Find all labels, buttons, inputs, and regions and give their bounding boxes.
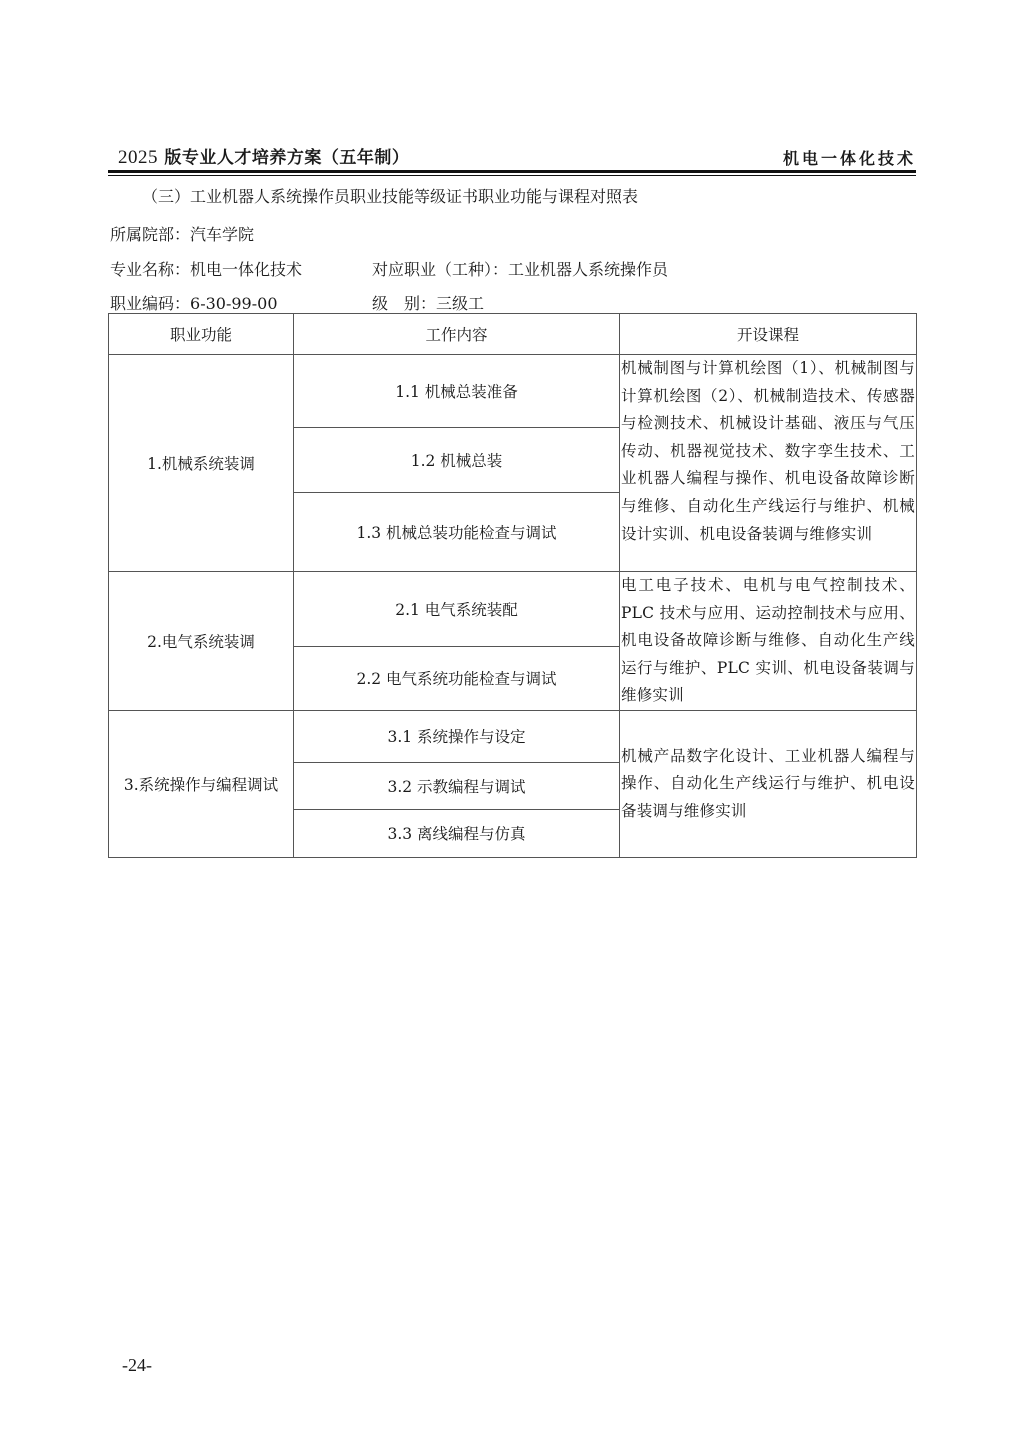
document-title-text: 版专业人才培养方案（五年制） <box>164 148 409 168</box>
table-row: 2.电气系统装调 2.1 电气系统装配 电工电子技术、电机与电气控制技术、PLC… <box>109 572 917 647</box>
meta-major-row: 专业名称：机电一体化技术 对应职业（工种）：工业机器人系统操作员 <box>110 257 302 280</box>
document-title: 2025 版专业人才培养方案（五年制） <box>118 143 409 169</box>
header-rule-thick <box>108 170 916 173</box>
table-caption: （三）工业机器人系统操作员职业技能等级证书职业功能与课程对照表 <box>142 184 638 207</box>
meta-department: 所属院部：汽车学院 <box>110 222 254 245</box>
major-value: 机电一体化技术 <box>190 260 302 279</box>
task-cell: 2.1 电气系统装配 <box>294 572 620 647</box>
header-courses: 开设课程 <box>620 314 917 355</box>
code-label: 职业编码： <box>110 294 190 313</box>
level-value: 三级工 <box>436 294 484 313</box>
function-cell: 2.电气系统装调 <box>109 572 294 711</box>
header-work-content: 工作内容 <box>294 314 620 355</box>
header-major: 机电一体化技术 <box>783 146 916 169</box>
function-cell: 3.系统操作与编程调试 <box>109 710 294 857</box>
table-header-row: 职业功能 工作内容 开设课程 <box>109 314 917 355</box>
meta-occupation: 对应职业（工种）：工业机器人系统操作员 <box>372 257 668 280</box>
meta-level: 级 别：三级工 <box>372 291 484 314</box>
header-rule-thin <box>108 175 916 176</box>
courses-cell: 电工电子技术、电机与电气控制技术、PLC 技术与应用、运动控制技术与应用、机电设… <box>620 572 917 711</box>
occupation-value: 工业机器人系统操作员 <box>508 260 668 279</box>
task-cell: 2.2 电气系统功能检查与调试 <box>294 646 620 710</box>
task-cell: 1.1 机械总装准备 <box>294 355 620 428</box>
courses-cell: 机械制图与计算机绘图（1）、机械制图与计算机绘图（2）、机械制造技术、传感器与检… <box>620 355 917 572</box>
document-year: 2025 <box>118 147 158 168</box>
function-course-table: 职业功能 工作内容 开设课程 1.机械系统装调 1.1 机械总装准备 机械制图与… <box>108 313 917 858</box>
level-label: 级 别： <box>372 294 436 313</box>
meta-code-row: 职业编码：6-30-99-00 级 别：三级工 <box>110 291 278 314</box>
code-value: 6-30-99-00 <box>190 294 277 313</box>
function-cell: 1.机械系统装调 <box>109 355 294 572</box>
running-header: 2025 版专业人才培养方案（五年制） 机电一体化技术 <box>118 143 916 169</box>
courses-cell: 机械产品数字化设计、工业机器人编程与操作、自动化生产线运行与维护、机电设备装调与… <box>620 710 917 857</box>
task-cell: 3.1 系统操作与设定 <box>294 710 620 762</box>
task-cell: 1.2 机械总装 <box>294 428 620 493</box>
task-cell: 3.2 示教编程与调试 <box>294 762 620 809</box>
page-number: -24- <box>122 1355 152 1376</box>
major-label: 专业名称： <box>110 260 190 279</box>
task-cell: 3.3 离线编程与仿真 <box>294 809 620 857</box>
header-function: 职业功能 <box>109 314 294 355</box>
occupation-label: 对应职业（工种）： <box>372 260 508 279</box>
table-row: 3.系统操作与编程调试 3.1 系统操作与设定 机械产品数字化设计、工业机器人编… <box>109 710 917 762</box>
task-cell: 1.3 机械总装功能检查与调试 <box>294 493 620 572</box>
department-label: 所属院部： <box>110 225 190 244</box>
department-value: 汽车学院 <box>190 225 254 244</box>
table-row: 1.机械系统装调 1.1 机械总装准备 机械制图与计算机绘图（1）、机械制图与计… <box>109 355 917 428</box>
